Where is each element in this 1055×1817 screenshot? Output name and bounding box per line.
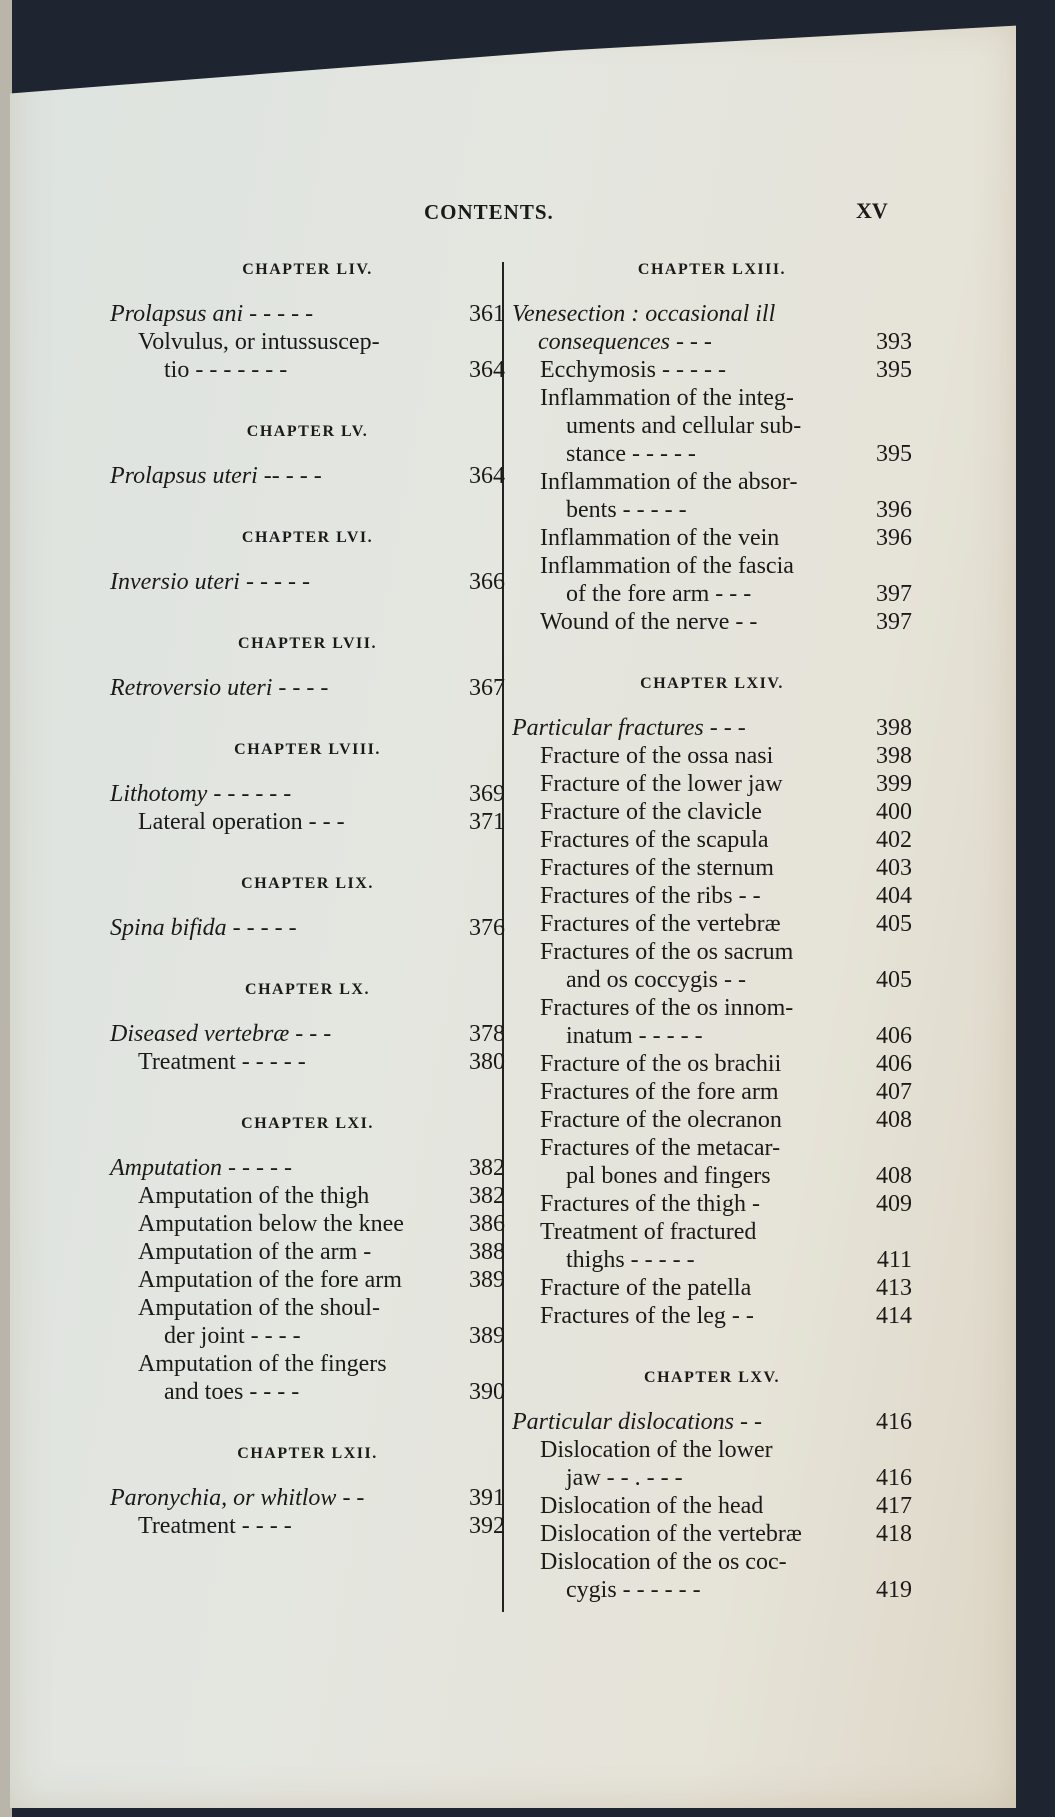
entry-page-number: 395 (876, 440, 912, 468)
heading-spacer (110, 1138, 505, 1154)
entry-page-number: 390 (469, 1378, 505, 1406)
entry-title-line: Dislocation of the lower (540, 1436, 912, 1464)
entry-title-line: Retroversio uteri - - - - (110, 674, 505, 702)
toc-sub-entry: Amputation of the thigh382 (110, 1182, 505, 1210)
chapter-heading: CHAPTER LVII. (110, 630, 505, 658)
toc-sub-entry: Fractures of the thigh -409 (512, 1190, 912, 1218)
entry-page-number: 386 (469, 1210, 505, 1238)
entry-title-line: inatum - - - - - (540, 1022, 912, 1050)
chapter-heading: CHAPTER LXV. (512, 1364, 912, 1392)
toc-sub-entry: Inflammation of the absor-bents - - - - … (512, 468, 912, 524)
entry-page-number: 366 (469, 568, 505, 596)
entry-title-line: stance - - - - - (540, 440, 912, 468)
chapter-heading: CHAPTER LVI. (110, 524, 505, 552)
entry-title-line: Treatment - - - - - (138, 1048, 505, 1076)
entry-page-number: 388 (469, 1238, 505, 1266)
toc-sub-entry: Amputation of the fore arm389 (110, 1266, 505, 1294)
toc-sub-entry: Wound of the nerve - -397 (512, 608, 912, 636)
entry-title-line: Prolapsus ani - - - - - (110, 300, 505, 328)
heading-spacer (110, 658, 505, 674)
entry-page-number: 393 (876, 328, 912, 356)
chapter-heading: CHAPTER LIX. (110, 870, 505, 898)
entry-page-number: 396 (876, 496, 912, 524)
entry-title-line: Fracture of the os brachii (540, 1050, 912, 1078)
entry-title-line: Fractures of the ribs - - (540, 882, 912, 910)
toc-sub-entry: Volvulus, or intussuscep-tio - - - - - -… (110, 328, 505, 384)
entry-page-number: 392 (469, 1512, 505, 1540)
section-spacer (110, 1076, 505, 1110)
entry-title-line: Inflammation of the fascia (540, 552, 912, 580)
entry-title-line: uments and cellular sub- (540, 412, 912, 440)
toc-main-entry: Prolapsus ani - - - - -361 (110, 300, 505, 328)
toc-sub-entry: Fracture of the patella413 (512, 1274, 912, 1302)
heading-spacer (110, 898, 505, 914)
entry-title-line: pal bones and fingers (540, 1162, 912, 1190)
toc-main-entry: Particular dislocations - -416 (512, 1408, 912, 1436)
entry-page-number: 396 (876, 524, 912, 552)
toc-main-entry: Lithotomy - - - - - -369 (110, 780, 505, 808)
toc-main-entry: Diseased vertebræ - - -378 (110, 1020, 505, 1048)
heading-spacer (110, 1468, 505, 1484)
toc-sub-entry: Amputation of the fingersand toes - - - … (110, 1350, 505, 1406)
toc-sub-entry: Fracture of the lower jaw399 (512, 770, 912, 798)
entry-title-line: Amputation of the shoul- (138, 1294, 505, 1322)
toc-main-entry: Venesection : occasional illconsequences… (512, 300, 912, 356)
toc-sub-entry: Treatment - - - -392 (110, 1512, 505, 1540)
toc-sub-entry: Fracture of the clavicle400 (512, 798, 912, 826)
entry-page-number: 364 (469, 356, 505, 384)
entry-title-line: Lateral operation - - - (138, 808, 505, 836)
toc-sub-entry: Dislocation of the vertebræ418 (512, 1520, 912, 1548)
toc-sub-entry: Treatment of fracturedthighs - - - - -41… (512, 1218, 912, 1274)
entry-page-number: 414 (876, 1302, 912, 1330)
section-spacer (110, 702, 505, 736)
entry-page-number: 399 (876, 770, 912, 798)
entry-title-line: Wound of the nerve - - (540, 608, 912, 636)
entry-title-line: Fractures of the sternum (540, 854, 912, 882)
entry-title-line: Venesection : occasional ill (512, 300, 912, 328)
entry-title-line: der joint - - - - (138, 1322, 505, 1350)
toc-sub-entry: Inflammation of the fasciaof the fore ar… (512, 552, 912, 608)
entry-title-line: Fractures of the leg - - (540, 1302, 912, 1330)
entry-title-line: Fractures of the fore arm (540, 1078, 912, 1106)
entry-title-line: Amputation of the arm - (138, 1238, 505, 1266)
entry-page-number: 371 (469, 808, 505, 836)
entry-title-line: Fractures of the vertebræ (540, 910, 912, 938)
entry-page-number: 397 (876, 608, 912, 636)
entry-title-line: Spina bifida - - - - - (110, 914, 505, 942)
running-title: CONTENTS. (424, 200, 554, 225)
chapter-heading: CHAPTER LXI. (110, 1110, 505, 1138)
entry-title-line: cygis - - - - - - (540, 1576, 912, 1604)
entry-title-line: bents - - - - - (540, 496, 912, 524)
entry-title-line: consequences - - - (512, 328, 912, 356)
toc-sub-entry: Fractures of the fore arm407 (512, 1078, 912, 1106)
entry-page-number: 398 (876, 714, 912, 742)
chapter-heading: CHAPTER LXIV. (512, 670, 912, 698)
entry-page-number: 418 (876, 1520, 912, 1548)
entry-title-line: Lithotomy - - - - - - (110, 780, 505, 808)
entry-title-line: Fracture of the ossa nasi (540, 742, 912, 770)
chapter-heading: CHAPTER LXII. (110, 1440, 505, 1468)
entry-page-number: 405 (876, 910, 912, 938)
entry-page-number: 419 (876, 1576, 912, 1604)
page-header: CONTENTS. XV (0, 196, 1055, 226)
toc-main-entry: Paronychia, or whitlow - -391 (110, 1484, 505, 1512)
entry-title-line: and os coccygis - - (540, 966, 912, 994)
entry-page-number: 400 (876, 798, 912, 826)
entry-page-number: 411 (877, 1246, 912, 1274)
entry-page-number: 397 (876, 580, 912, 608)
section-spacer (110, 490, 505, 524)
entry-title-line: Prolapsus uteri -- - - - (110, 462, 505, 490)
contents-right-column: CHAPTER LXIII.Venesection : occasional i… (512, 256, 912, 1604)
entry-title-line: Diseased vertebræ - - - (110, 1020, 505, 1048)
entry-title-line: Fracture of the olecranon (540, 1106, 912, 1134)
entry-page-number: 389 (469, 1266, 505, 1294)
entry-page-number: 367 (469, 674, 505, 702)
entry-title-line: thighs - - - - - (540, 1246, 912, 1274)
toc-sub-entry: Fractures of the sternum403 (512, 854, 912, 882)
heading-spacer (512, 1392, 912, 1408)
entry-title-line: and toes - - - - (138, 1378, 505, 1406)
heading-spacer (110, 552, 505, 568)
entry-title-line: of the fore arm - - - (540, 580, 912, 608)
toc-main-entry: Inversio uteri - - - - -366 (110, 568, 505, 596)
entry-page-number: 364 (469, 462, 505, 490)
entry-title-line: Fractures of the os innom- (540, 994, 912, 1022)
section-spacer (512, 1330, 912, 1364)
section-spacer (110, 596, 505, 630)
toc-sub-entry: Dislocation of the os coc-cygis - - - - … (512, 1548, 912, 1604)
toc-sub-entry: Amputation below the knee386 (110, 1210, 505, 1238)
entry-title-line: tio - - - - - - - (138, 356, 505, 384)
entry-page-number: 369 (469, 780, 505, 808)
entry-title-line: Amputation below the knee (138, 1210, 505, 1238)
entry-page-number: 382 (469, 1154, 505, 1182)
toc-sub-entry: Fractures of the ribs - -404 (512, 882, 912, 910)
entry-page-number: 402 (876, 826, 912, 854)
entry-title-line: Dislocation of the vertebræ (540, 1520, 912, 1548)
entry-page-number: 417 (876, 1492, 912, 1520)
entry-title-line: Fracture of the clavicle (540, 798, 912, 826)
entry-page-number: 413 (876, 1274, 912, 1302)
toc-sub-entry: Dislocation of the head417 (512, 1492, 912, 1520)
entry-page-number: 389 (469, 1322, 505, 1350)
section-spacer (110, 1406, 505, 1440)
entry-title-line: Particular fractures - - - (512, 714, 912, 742)
entry-title-line: Amputation of the thigh (138, 1182, 505, 1210)
entry-title-line: Fractures of the os sacrum (540, 938, 912, 966)
toc-sub-entry: Treatment - - - - -380 (110, 1048, 505, 1076)
toc-main-entry: Particular fractures - - -398 (512, 714, 912, 742)
entry-title-line: Paronychia, or whitlow - - (110, 1484, 505, 1512)
chapter-heading: CHAPTER LXIII. (512, 256, 912, 284)
entry-page-number: 403 (876, 854, 912, 882)
toc-sub-entry: Fractures of the os innom-inatum - - - -… (512, 994, 912, 1050)
toc-sub-entry: Amputation of the arm -388 (110, 1238, 505, 1266)
toc-sub-entry: Fractures of the vertebræ405 (512, 910, 912, 938)
heading-spacer (110, 284, 505, 300)
entry-page-number: 416 (876, 1464, 912, 1492)
entry-page-number: 404 (876, 882, 912, 910)
heading-spacer (512, 284, 912, 300)
toc-sub-entry: Amputation of the shoul-der joint - - - … (110, 1294, 505, 1350)
chapter-heading: CHAPTER LVIII. (110, 736, 505, 764)
toc-sub-entry: Lateral operation - - -371 (110, 808, 505, 836)
entry-page-number: 407 (876, 1078, 912, 1106)
chapter-heading: CHAPTER LV. (110, 418, 505, 446)
toc-sub-entry: Fracture of the ossa nasi398 (512, 742, 912, 770)
entry-title-line: Dislocation of the os coc- (540, 1548, 912, 1576)
entry-title-line: Fractures of the metacar- (540, 1134, 912, 1162)
toc-sub-entry: Fracture of the olecranon408 (512, 1106, 912, 1134)
entry-title-line: Amputation - - - - - (110, 1154, 505, 1182)
entry-title-line: Amputation of the fore arm (138, 1266, 505, 1294)
entry-page-number: 409 (876, 1190, 912, 1218)
chapter-heading: CHAPTER LIV. (110, 256, 505, 284)
toc-sub-entry: Fractures of the os sacrumand os coccygi… (512, 938, 912, 994)
entry-page-number: 406 (876, 1022, 912, 1050)
toc-sub-entry: Ecchymosis - - - - -395 (512, 356, 912, 384)
toc-main-entry: Spina bifida - - - - -376 (110, 914, 505, 942)
entry-title-line: Treatment of fractured (540, 1218, 912, 1246)
toc-sub-entry: Dislocation of the lowerjaw - - . - - -4… (512, 1436, 912, 1492)
toc-main-entry: Amputation - - - - -382 (110, 1154, 505, 1182)
toc-sub-entry: Inflammation of the vein396 (512, 524, 912, 552)
entry-title-line: Fractures of the scapula (540, 826, 912, 854)
entry-page-number: 378 (469, 1020, 505, 1048)
entry-title-line: Ecchymosis - - - - - (540, 356, 912, 384)
toc-main-entry: Retroversio uteri - - - -367 (110, 674, 505, 702)
section-spacer (110, 836, 505, 870)
chapter-heading: CHAPTER LX. (110, 976, 505, 1004)
entry-title-line: Fracture of the patella (540, 1274, 912, 1302)
entry-page-number: 380 (469, 1048, 505, 1076)
entry-title-line: Inflammation of the absor- (540, 468, 912, 496)
entry-title-line: jaw - - . - - - (540, 1464, 912, 1492)
entry-page-number: 408 (876, 1162, 912, 1190)
entry-title-line: Particular dislocations - - (512, 1408, 912, 1436)
heading-spacer (512, 698, 912, 714)
heading-spacer (110, 1004, 505, 1020)
entry-page-number: 376 (469, 914, 505, 942)
entry-title-line: Dislocation of the head (540, 1492, 912, 1520)
section-spacer (110, 942, 505, 976)
entry-page-number: 398 (876, 742, 912, 770)
entry-page-number: 382 (469, 1182, 505, 1210)
heading-spacer (110, 446, 505, 462)
toc-sub-entry: Fractures of the scapula402 (512, 826, 912, 854)
toc-sub-entry: Fractures of the metacar-pal bones and f… (512, 1134, 912, 1190)
entry-page-number: 406 (876, 1050, 912, 1078)
page-number: XV (856, 198, 888, 224)
entry-title-line: Fracture of the lower jaw (540, 770, 912, 798)
toc-sub-entry: Fractures of the leg - -414 (512, 1302, 912, 1330)
entry-title-line: Fractures of the thigh - (540, 1190, 912, 1218)
toc-sub-entry: Fracture of the os brachii406 (512, 1050, 912, 1078)
entry-title-line: Amputation of the fingers (138, 1350, 505, 1378)
entry-page-number: 391 (469, 1484, 505, 1512)
section-spacer (110, 384, 505, 418)
toc-sub-entry: Inflammation of the integ-uments and cel… (512, 384, 912, 468)
entry-title-line: Volvulus, or intussuscep- (138, 328, 505, 356)
entry-page-number: 361 (469, 300, 505, 328)
entry-title-line: Inflammation of the vein (540, 524, 912, 552)
entry-page-number: 416 (876, 1408, 912, 1436)
section-spacer (512, 636, 912, 670)
entry-title-line: Treatment - - - - (138, 1512, 505, 1540)
entry-title-line: Inflammation of the integ- (540, 384, 912, 412)
toc-main-entry: Prolapsus uteri -- - - -364 (110, 462, 505, 490)
heading-spacer (110, 764, 505, 780)
entry-page-number: 395 (876, 356, 912, 384)
entry-title-line: Inversio uteri - - - - - (110, 568, 505, 596)
contents-left-column: CHAPTER LIV.Prolapsus ani - - - - -361Vo… (110, 256, 505, 1540)
entry-page-number: 405 (876, 966, 912, 994)
entry-page-number: 408 (876, 1106, 912, 1134)
